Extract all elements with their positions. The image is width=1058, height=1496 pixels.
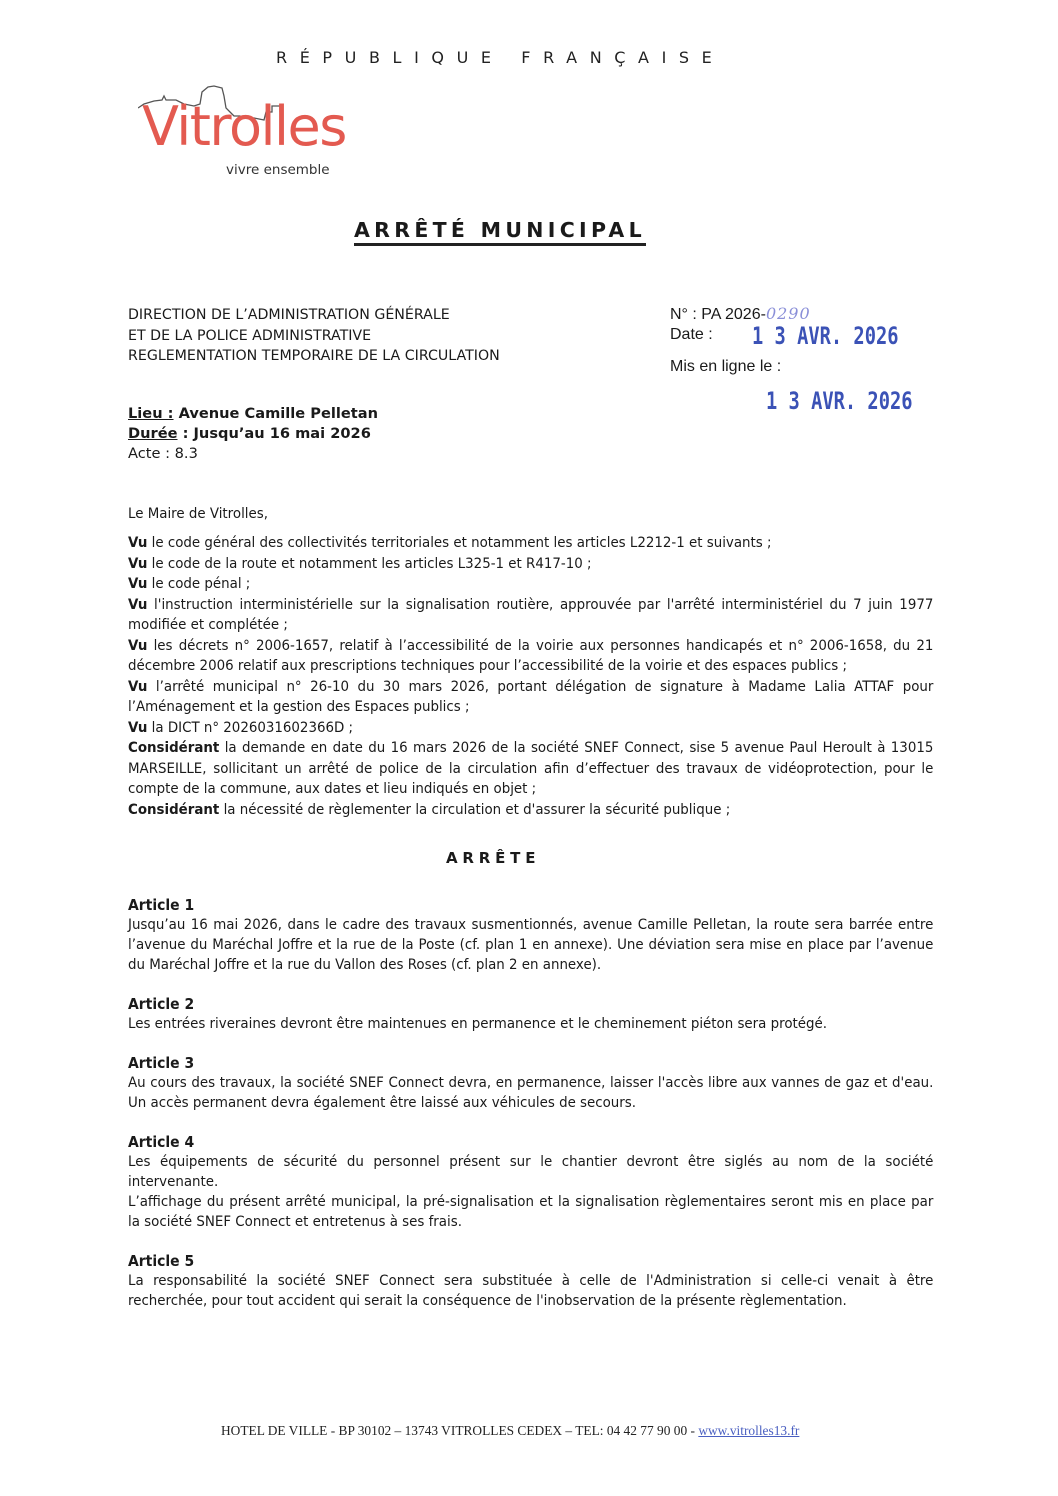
article: Article 1Jusqu’au 16 mai 2026, dans le c… <box>128 895 933 975</box>
date-stamp: 1 3 AVR. 2026 <box>752 322 899 350</box>
duree-line: Durée : Jusqu’au 16 mai 2026 <box>128 424 378 444</box>
reference-number-handwritten: 0290 <box>766 304 811 323</box>
considerants-list: Vu le code général des collectivités ter… <box>128 533 933 820</box>
considerant-item: Considérant la demande en date du 16 mar… <box>128 738 933 800</box>
article: Article 4Les équipements de sécurité du … <box>128 1132 933 1232</box>
duree-label: Durée <box>128 425 178 442</box>
considerant-lead: Vu <box>128 597 147 613</box>
direction-line: REGLEMENTATION TEMPORAIRE DE LA CIRCULAT… <box>128 346 500 367</box>
considerant-item: Vu l’arrêté municipal n° 26-10 du 30 mar… <box>128 677 933 718</box>
salutation: Le Maire de Vitrolles, <box>128 504 878 525</box>
considerant-lead: Vu <box>128 556 147 572</box>
article-paragraph: L’affichage du présent arrêté municipal,… <box>128 1192 933 1232</box>
article: Article 3Au cours des travaux, la sociét… <box>128 1053 933 1113</box>
vitrolles-logo: Vitrolles vivre ensemble <box>138 82 388 182</box>
duree-value: : Jusqu’au 16 mai 2026 <box>178 425 371 442</box>
acte-line: Acte : 8.3 <box>128 444 378 464</box>
considerant-text: le code de la route et notamment les art… <box>147 556 591 572</box>
article-title: Article 5 <box>128 1251 933 1271</box>
subject-block: Lieu : Avenue Camille Pelletan Durée : J… <box>128 404 378 464</box>
considerant-text: les décrets n° 2006-1657, relatif à l’ac… <box>128 638 933 675</box>
considerant-item: Considérant la nécessité de règlementer … <box>128 800 933 821</box>
article: Article 5La responsabilité la société SN… <box>128 1251 933 1311</box>
considerant-text: l’arrêté municipal n° 26-10 du 30 mars 2… <box>128 679 933 716</box>
considerant-item: Vu les décrets n° 2006-1657, relatif à l… <box>128 636 933 677</box>
salutation-text: Le Maire de Vitrolles, <box>128 504 878 525</box>
article-paragraph: Au cours des travaux, la société SNEF Co… <box>128 1073 933 1113</box>
articles-list: Article 1Jusqu’au 16 mai 2026, dans le c… <box>128 895 933 1330</box>
online-date-stamp: 1 3 AVR. 2026 <box>766 387 913 415</box>
article-title: Article 1 <box>128 895 933 915</box>
considerant-lead: Considérant <box>128 740 219 756</box>
article-paragraph: Jusqu’au 16 mai 2026, dans le cadre des … <box>128 915 933 975</box>
considerant-item: Vu la DICT n° 2026031602366D ; <box>128 718 933 739</box>
considerant-lead: Vu <box>128 720 147 736</box>
considerant-text: le code général des collectivités territ… <box>147 535 771 551</box>
considerant-lead: Vu <box>128 535 147 551</box>
article-paragraph: Les équipements de sécurité du personnel… <box>128 1152 933 1192</box>
direction-block: DIRECTION DE L’ADMINISTRATION GÉNÉRALE E… <box>128 305 500 367</box>
article-title: Article 4 <box>128 1132 933 1152</box>
reference-number-label: N° : PA 2026- <box>670 306 766 323</box>
article: Article 2Les entrées riveraines devront … <box>128 994 933 1034</box>
footer: HOTEL DE VILLE - BP 30102 – 13743 VITROL… <box>221 1423 799 1439</box>
direction-line: DIRECTION DE L’ADMINISTRATION GÉNÉRALE <box>128 305 500 326</box>
footer-address: HOTEL DE VILLE - BP 30102 – 13743 VITROL… <box>221 1423 698 1438</box>
direction-line: ET DE LA POLICE ADMINISTRATIVE <box>128 326 500 347</box>
considerant-lead: Vu <box>128 638 147 654</box>
republique-francaise-header: RÉPUBLIQUE FRANÇAISE <box>276 48 724 67</box>
considerant-item: Vu le code général des collectivités ter… <box>128 533 933 554</box>
considerant-text: le code pénal ; <box>147 576 250 592</box>
considerant-item: Vu l'instruction interministérielle sur … <box>128 595 933 636</box>
considerant-text: la nécessité de règlementer la circulati… <box>219 802 730 818</box>
considerant-text: la demande en date du 16 mars 2026 de la… <box>128 740 933 797</box>
considerant-item: Vu le code de la route et notamment les … <box>128 554 933 575</box>
considerant-lead: Considérant <box>128 802 219 818</box>
article-title: Article 2 <box>128 994 933 1014</box>
arrete-heading: ARRÊTE <box>446 849 540 867</box>
considerant-text: l'instruction interministérielle sur la … <box>128 597 933 634</box>
online-label: Mis en ligne le : <box>670 358 781 376</box>
considerant-lead: Vu <box>128 679 147 695</box>
article-title: Article 3 <box>128 1053 933 1073</box>
document-title: ARRÊTÉ MUNICIPAL <box>354 218 646 246</box>
article-paragraph: La responsabilité la société SNEF Connec… <box>128 1271 933 1311</box>
logo-wordmark: Vitrolles <box>142 100 346 154</box>
website-link[interactable]: www.vitrolles13.fr <box>698 1423 799 1438</box>
article-paragraph: Les entrées riveraines devront être main… <box>128 1014 933 1034</box>
lieu-value: Avenue Camille Pelletan <box>174 405 378 422</box>
logo-tagline: vivre ensemble <box>226 162 330 178</box>
considerant-item: Vu le code pénal ; <box>128 574 933 595</box>
lieu-line: Lieu : Avenue Camille Pelletan <box>128 404 378 424</box>
considerant-lead: Vu <box>128 576 147 592</box>
lieu-label: Lieu : <box>128 405 174 422</box>
considerant-text: la DICT n° 2026031602366D ; <box>147 720 353 736</box>
